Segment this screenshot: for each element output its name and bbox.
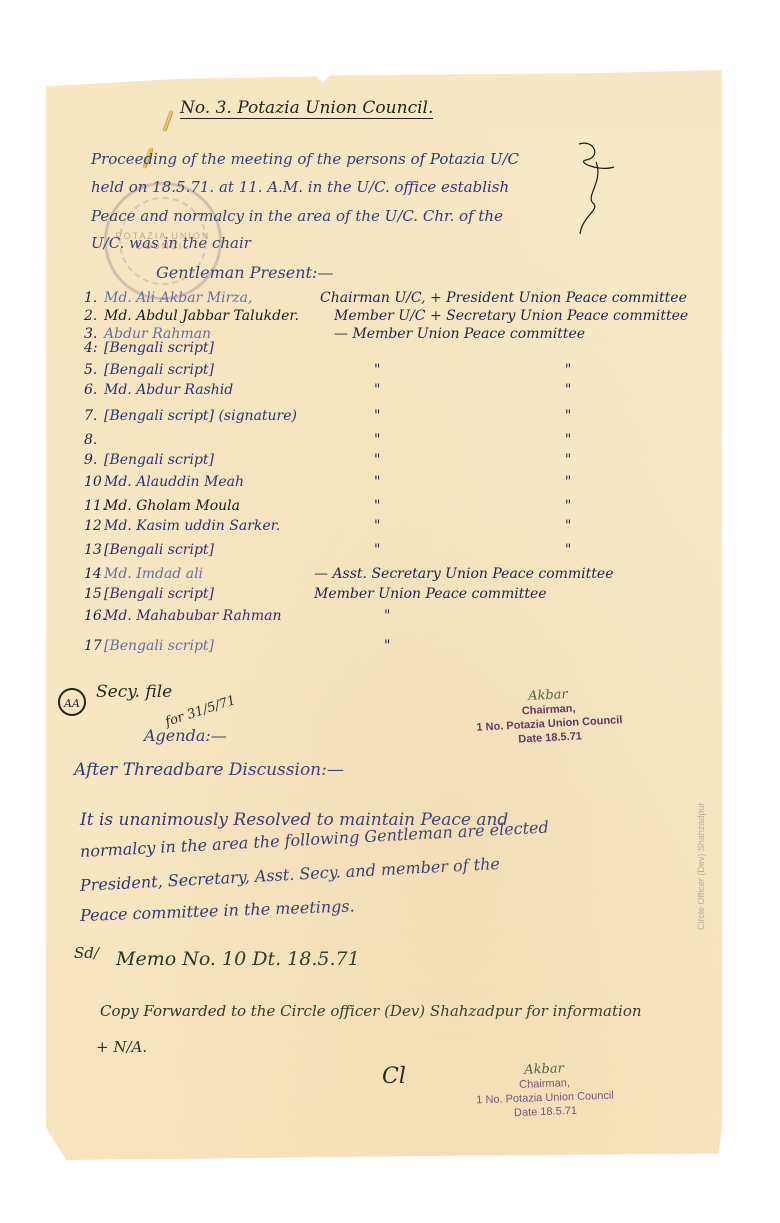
resolution-line: President, Secretary, Asst. Secy. and me…	[80, 854, 501, 895]
member-role: " "	[374, 432, 661, 448]
member-number: 2.	[84, 308, 97, 324]
initial-mark: Cl	[382, 1064, 406, 1089]
intro-line: held on 18.5.71. at 11. A.M. in the U/C.…	[91, 178, 509, 196]
member-number: 12	[84, 518, 102, 534]
member-role: Member Union Peace committee	[314, 586, 547, 602]
member-name: Md. Abdur Rashid	[104, 382, 233, 398]
member-number: 13	[84, 542, 102, 558]
member-role: " "	[374, 518, 661, 534]
member-role: "	[384, 608, 480, 624]
member-number: 16.	[84, 608, 106, 624]
file-note: Secy. file	[96, 682, 172, 702]
member-name: Md. Abdul Jabbar Talukder.	[104, 308, 299, 324]
member-role: " "	[374, 452, 661, 468]
member-name: Md. Mahabubar Rahman	[104, 608, 282, 624]
document-heading: No. 3. Potazia Union Council.	[180, 98, 433, 119]
member-role: " "	[374, 382, 661, 398]
intro-line: Peace and normalcy in the area of the U/…	[91, 207, 503, 225]
member-number: 17	[84, 638, 102, 654]
member-role: " "	[374, 362, 661, 378]
member-number: 15	[84, 586, 102, 602]
member-row: 17[Bengali script]"	[84, 638, 724, 660]
member-number: 10	[84, 474, 102, 490]
member-row: 9.[Bengali script]" "	[84, 452, 724, 474]
resolution-line: Peace committee in the meetings.	[80, 896, 355, 925]
member-name: [Bengali script]	[104, 452, 214, 468]
member-number: 1.	[84, 290, 97, 306]
member-role: " "	[374, 542, 661, 558]
intro-line: Proceeding of the meeting of the persons…	[91, 150, 519, 168]
member-role: "	[384, 638, 480, 654]
intro-line: U/C. was in the chair	[91, 234, 251, 252]
present-heading: Gentleman Present:—	[156, 263, 333, 282]
member-number: 8.	[84, 432, 97, 448]
member-row: 4:[Bengali script]	[84, 340, 724, 362]
member-row: 10Md. Alauddin Meah" "	[84, 474, 724, 496]
member-number: 5.	[84, 362, 97, 378]
member-number: 9.	[84, 452, 97, 468]
initials-circle: AA	[58, 688, 86, 716]
memo-sign: Sd/	[74, 944, 99, 962]
member-role: — Asst. Secretary Union Peace committee	[314, 566, 613, 582]
member-number: 11.	[84, 498, 106, 514]
circle-officer-stamp: Circle Officer (Dev) Shahzadpur	[696, 803, 706, 930]
member-row: 13[Bengali script]" "	[84, 542, 724, 564]
member-row: 6.Md. Abdur Rashid" "	[84, 382, 724, 404]
copy-line: + N/A.	[96, 1038, 147, 1056]
member-name: Md. Kasim uddin Sarker.	[104, 518, 280, 534]
staple-mark	[162, 110, 173, 132]
member-name: [Bengali script]	[104, 362, 214, 378]
member-name: [Bengali script]	[104, 638, 214, 654]
flourish-mark	[574, 142, 634, 237]
member-name: Md. Imdad ali	[104, 566, 203, 582]
chairman-stamp-bottom: Akbar Chairman, 1 No. Potazia Union Coun…	[475, 1060, 615, 1122]
member-name: [Bengali script] (signature)	[104, 408, 297, 424]
member-number: 7.	[84, 408, 97, 424]
member-name: Md. Alauddin Meah	[104, 474, 244, 490]
member-row: 7.[Bengali script] (signature)" "	[84, 408, 724, 430]
member-row: 12Md. Kasim uddin Sarker." "	[84, 518, 724, 540]
member-number: 4:	[84, 340, 98, 356]
copy-line: Copy Forwarded to the Circle officer (De…	[100, 1002, 642, 1020]
member-row: 8." "	[84, 432, 724, 454]
member-number: 14	[84, 566, 102, 582]
file-note-date: for 31/5/71	[163, 693, 237, 730]
discussion-label: After Threadbare Discussion:—	[74, 760, 344, 780]
member-name: [Bengali script]	[104, 586, 214, 602]
member-name: [Bengali script]	[104, 542, 214, 558]
member-row: 14Md. Imdad ali— Asst. Secretary Union P…	[84, 566, 724, 588]
member-name: Md. Gholam Moula	[104, 498, 240, 514]
agenda-label: Agenda:—	[144, 726, 227, 745]
chairman-stamp-top: Akbar Chairman, 1 No. Potazia Union Coun…	[475, 684, 624, 749]
member-row: 15[Bengali script]Member Union Peace com…	[84, 586, 724, 608]
member-number: 6.	[84, 382, 97, 398]
member-row: 16.Md. Mahabubar Rahman"	[84, 608, 724, 630]
member-role: " "	[374, 408, 661, 424]
member-role: " "	[374, 474, 661, 490]
member-name: [Bengali script]	[104, 340, 214, 356]
member-name: Md. Ali Akbar Mirza,	[104, 290, 252, 306]
member-role: Chairman U/C, + President Union Peace co…	[320, 290, 687, 306]
member-role: " "	[374, 498, 661, 514]
member-row: 11.Md. Gholam Moula" "	[84, 498, 724, 520]
member-role: Member U/C + Secretary Union Peace commi…	[334, 308, 688, 324]
memo-line: Memo No. 10 Dt. 18.5.71	[116, 948, 360, 970]
member-row: 5.[Bengali script]" "	[84, 362, 724, 384]
